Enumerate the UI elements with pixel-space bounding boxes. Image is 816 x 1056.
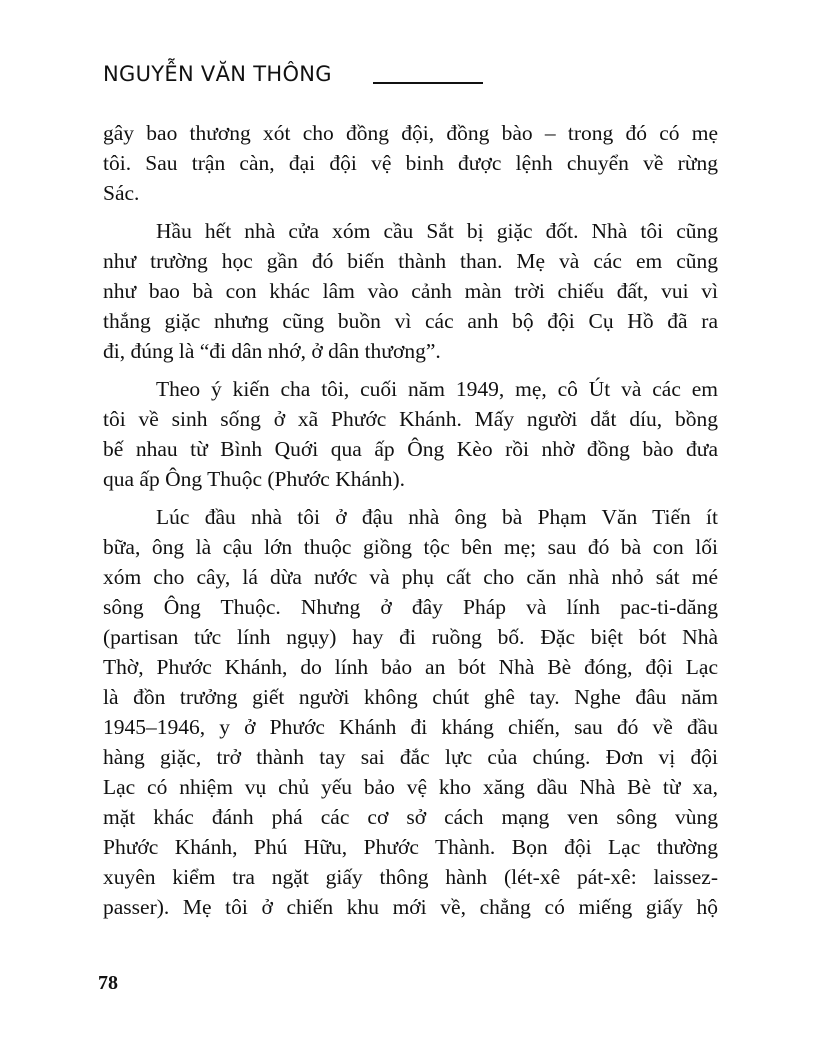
text-line: tôi về sinh sống ở xã Phước Khánh. Mấy n… [103,404,718,434]
paragraph: Lúc đầu nhà tôi ở đậu nhà ông bà Phạm Vă… [103,502,718,922]
text-line: hàng giặc, trở thành tay sai đắc lực của… [103,742,718,772]
paragraph-gap [103,366,718,374]
paragraph-gap [103,208,718,216]
text-line: Lúc đầu nhà tôi ở đậu nhà ông bà Phạm Vă… [103,502,718,532]
paragraph: Hầu hết nhà cửa xóm cầu Sắt bị giặc đốt.… [103,216,718,366]
text-line: đi, đúng là “đi dân nhớ, ở dân thương”. [103,336,718,366]
text-line: như trường học gần đó biến thành than. M… [103,246,718,276]
text-line: Thờ, Phước Khánh, do lính bảo an bót Nhà… [103,652,718,682]
text-line: xóm cho cây, lá dừa nước và phụ cất cho … [103,562,718,592]
text-line: 1945–1946, y ở Phước Khánh đi kháng chiế… [103,712,718,742]
page-number: 78 [98,972,118,995]
text-line: thắng giặc nhưng cũng buồn vì các anh bộ… [103,306,718,336]
text-line: sông Ông Thuộc. Nhưng ở đây Pháp và lính… [103,592,718,622]
text-line: là đồn trưởng giết người không chút ghê … [103,682,718,712]
text-line: Lạc có nhiệm vụ chủ yếu bảo vệ kho xăng … [103,772,718,802]
text-line: Hầu hết nhà cửa xóm cầu Sắt bị giặc đốt.… [103,216,718,246]
running-title: NGUYỄN VĂN THÔNG [103,62,332,86]
paragraph-gap [103,494,718,502]
paragraph: gây bao thương xót cho đồng đội, đồng bà… [103,118,718,208]
text-line: mặt khác đánh phá các cơ sở cách mạng ve… [103,802,718,832]
text-line: bữa, ông là cậu lớn thuộc giồng tộc bên … [103,532,718,562]
text-line: passer). Mẹ tôi ở chiến khu mới về, chẳn… [103,892,718,922]
text-line: tôi. Sau trận càn, đại đội vệ binh được … [103,148,718,178]
paragraph: Theo ý kiến cha tôi, cuối năm 1949, mẹ, … [103,374,718,494]
text-line: Theo ý kiến cha tôi, cuối năm 1949, mẹ, … [103,374,718,404]
text-line: qua ấp Ông Thuộc (Phước Khánh). [103,464,718,494]
text-line: gây bao thương xót cho đồng đội, đồng bà… [103,118,718,148]
header-rule [373,82,483,84]
text-line: xuyên kiểm tra ngặt giấy thông hành (lét… [103,862,718,892]
text-line: Phước Khánh, Phú Hữu, Phước Thành. Bọn đ… [103,832,718,862]
text-line: như bao bà con khác lâm vào cảnh màn trờ… [103,276,718,306]
text-line: Sác. [103,178,718,208]
page-body: gây bao thương xót cho đồng đội, đồng bà… [103,118,718,922]
text-line: bế nhau từ Bình Quới qua ấp Ông Kèo rồi … [103,434,718,464]
text-line: (partisan tức lính ngụy) hay đi ruồng bố… [103,622,718,652]
